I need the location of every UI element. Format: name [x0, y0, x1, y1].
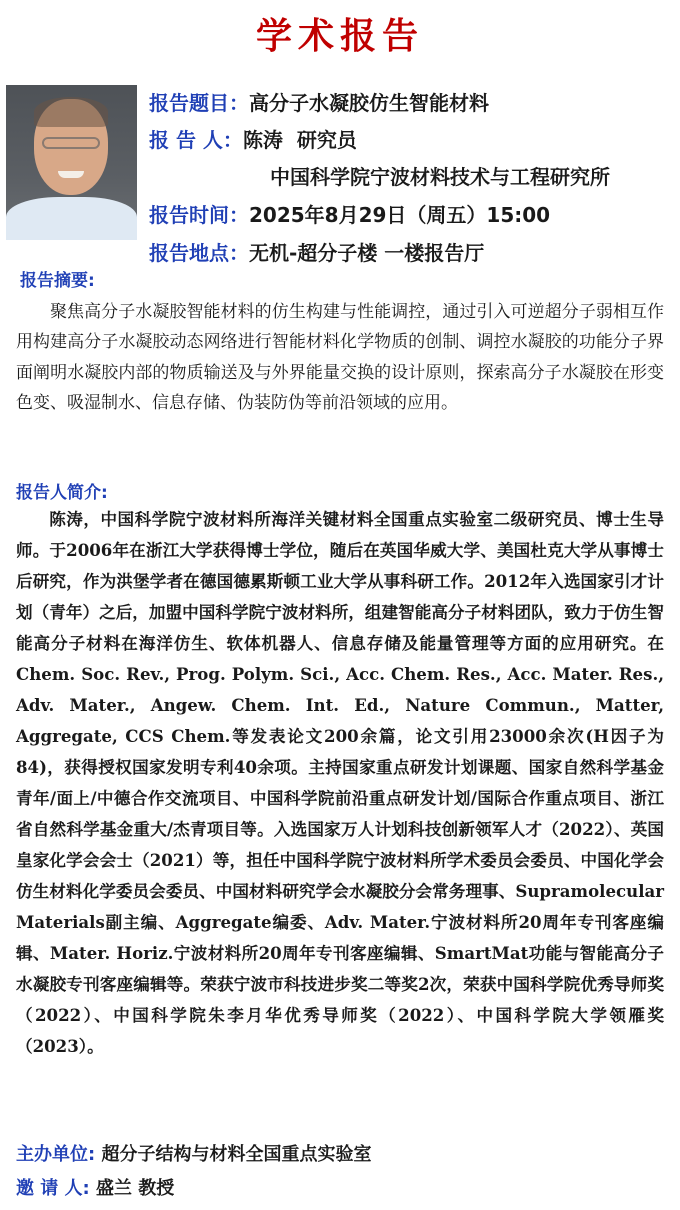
- info-affiliation: 中国科学院宁波材料技术与工程研究所: [270, 160, 610, 190]
- abstract-heading: 报告摘要:: [20, 266, 95, 291]
- info-speaker: 报 告 人： 陈涛 研究员: [149, 123, 357, 153]
- page-title: 学术报告: [0, 8, 680, 59]
- info-speaker-label: 报 告 人：: [149, 124, 243, 153]
- info-location-label: 报告地点：: [149, 237, 249, 266]
- host-value: 超分子结构与材料全国重点实验室: [101, 1140, 371, 1166]
- abstract-text: 聚焦高分子水凝胶智能材料的仿生构建与性能调控，通过引入可逆超分子弱相互作用构建高…: [16, 297, 664, 418]
- inviter-value: 盛兰 教授: [96, 1174, 174, 1200]
- host-label: 主办单位:: [16, 1140, 101, 1166]
- photo-hair: [34, 97, 108, 127]
- info-topic-label: 报告题目：: [149, 87, 249, 116]
- inviter-label: 邀 请 人:: [16, 1174, 96, 1200]
- photo-smile: [58, 171, 84, 178]
- host-row: 主办单位: 超分子结构与材料全国重点实验室: [16, 1140, 371, 1166]
- info-location-value: 无机-超分子楼 一楼报告厅: [249, 237, 484, 266]
- inviter-row: 邀 请 人: 盛兰 教授: [16, 1174, 174, 1200]
- info-time-label: 报告时间：: [149, 199, 249, 228]
- info-speaker-value: 陈涛 研究员: [243, 124, 357, 153]
- bio-text: 陈涛，中国科学院宁波材料所海洋关键材料全国重点实验室二级研究员、博士生导师。于2…: [16, 504, 664, 1062]
- info-topic-value: 高分子水凝胶仿生智能材料: [249, 87, 489, 116]
- info-location: 报告地点： 无机-超分子楼 一楼报告厅: [149, 236, 484, 266]
- info-time-value: 2025年8月29日（周五）15:00: [249, 199, 550, 228]
- speaker-photo: [6, 85, 137, 240]
- photo-glasses: [42, 137, 100, 149]
- photo-shirt: [6, 197, 137, 240]
- info-topic: 报告题目： 高分子水凝胶仿生智能材料: [149, 86, 489, 116]
- info-affiliation-value: 中国科学院宁波材料技术与工程研究所: [270, 161, 610, 190]
- info-time: 报告时间： 2025年8月29日（周五）15:00: [149, 198, 550, 228]
- bio-heading: 报告人简介:: [16, 478, 108, 503]
